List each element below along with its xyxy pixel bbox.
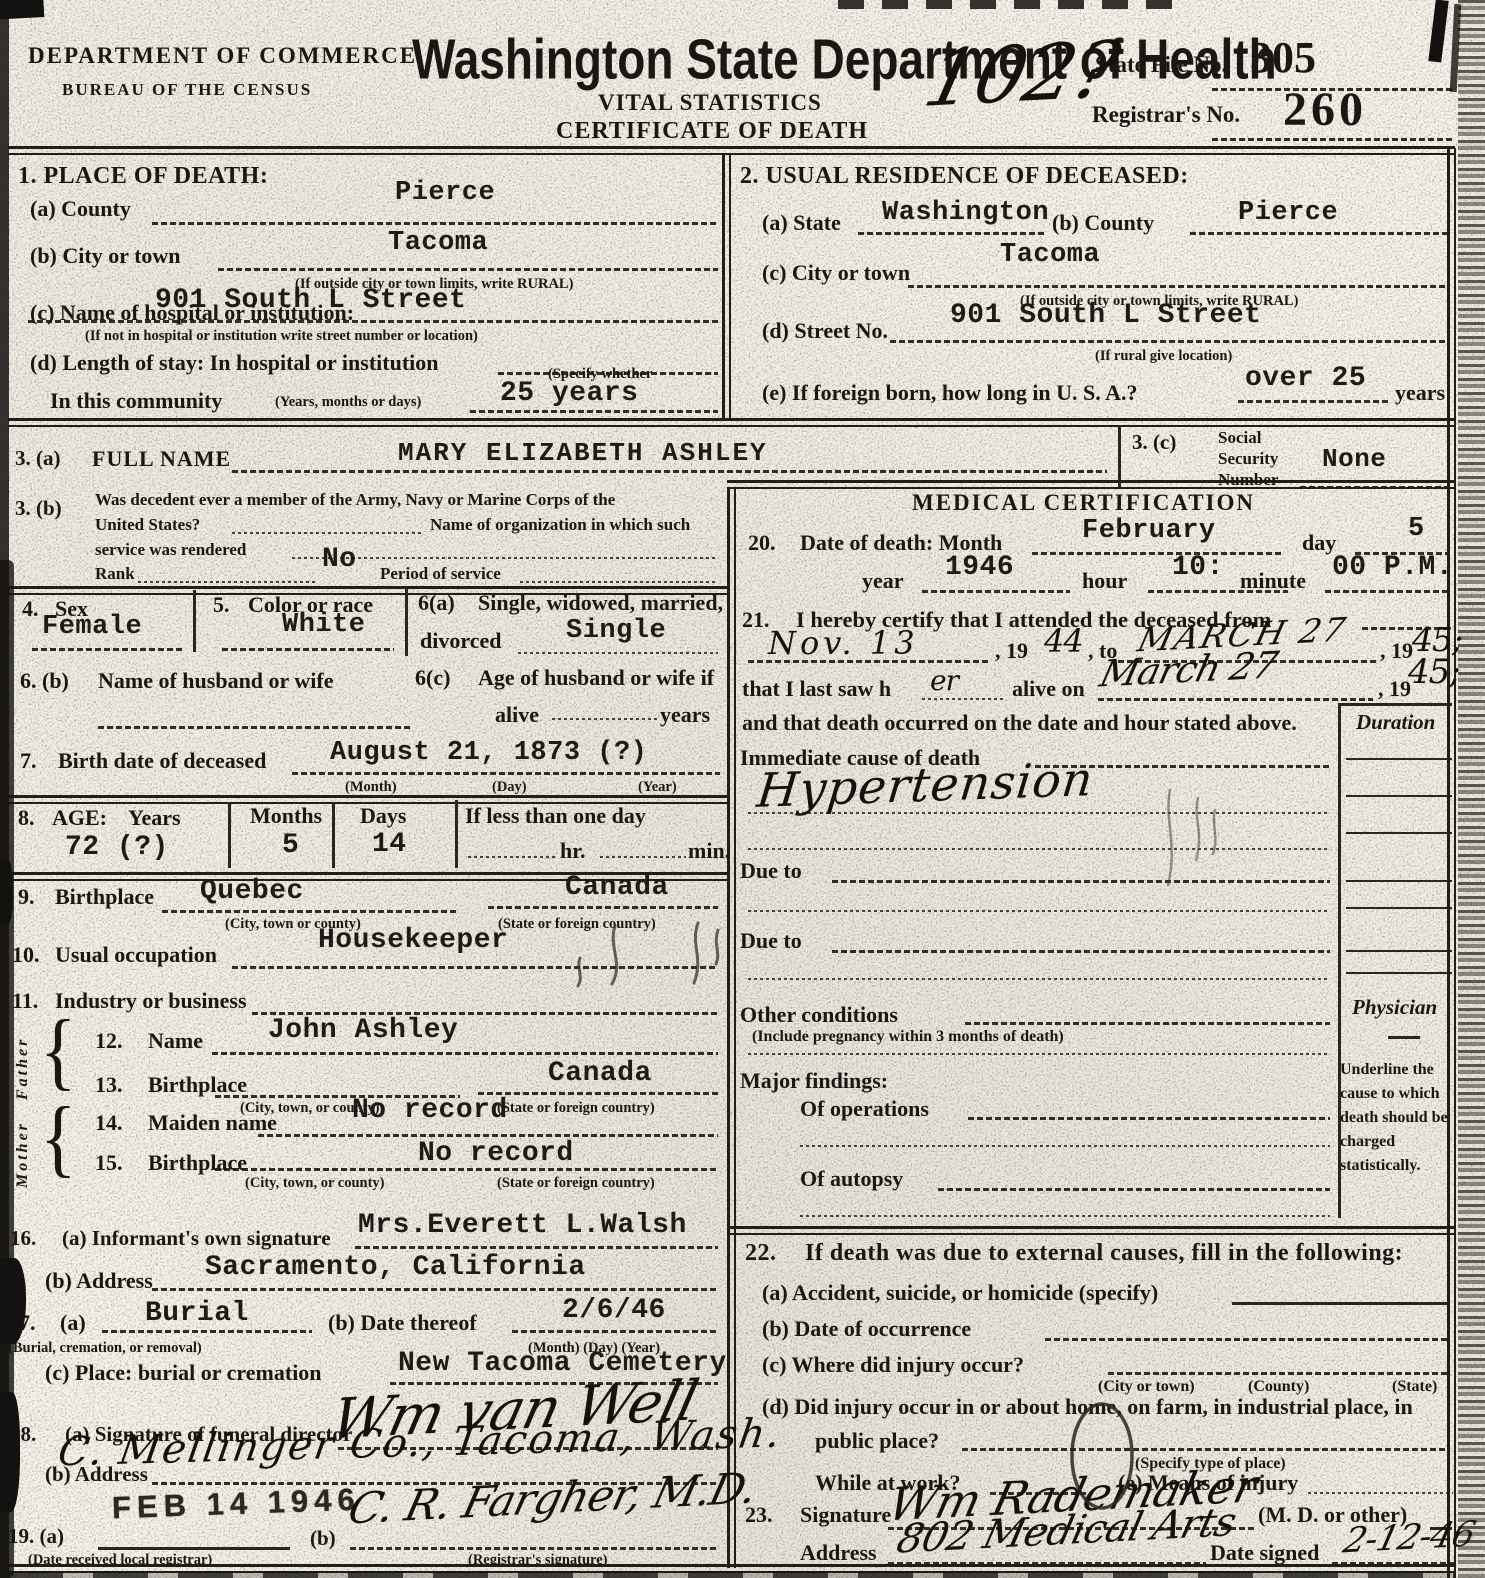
ssn-label-3: Number <box>1218 470 1278 490</box>
age-months-value: 5 <box>282 830 299 861</box>
dotted-line <box>965 1022 1330 1025</box>
dotted-line <box>858 232 1046 235</box>
registrar-signature: C. R. Fargher, M.D. <box>343 1464 761 1535</box>
foreign-born-value: over 25 <box>1245 363 1366 394</box>
res-street-value: 901 South L Street <box>950 300 1261 331</box>
dod-hour-label: hour <box>1082 568 1127 594</box>
physician-addr-label: Address <box>800 1540 877 1566</box>
county-label: (a) County <box>30 196 131 222</box>
community-value: 25 years <box>500 378 638 409</box>
solid-line <box>1232 1302 1450 1305</box>
dotted-line <box>232 532 422 534</box>
res-city-label: (c) City or town <box>762 260 910 286</box>
ssn-label-1: Social <box>1218 428 1261 448</box>
medical-title: MEDICAL CERTIFICATION <box>912 490 1255 516</box>
external-d-label2: public place? <box>815 1428 939 1454</box>
external-number: 22. <box>745 1240 777 1267</box>
dotted-line <box>138 581 316 583</box>
race-value: White <box>282 610 366 640</box>
due-to-2-label: Due to <box>740 928 802 954</box>
community-label: In this community <box>50 388 222 414</box>
disposal-date-label: (b) Date thereof <box>328 1310 477 1336</box>
spouse-label: Name of husband or wife <box>98 668 334 694</box>
birthdate-label: Birth date of deceased <box>58 748 266 774</box>
scan-blob <box>0 860 13 924</box>
scan-bottom-band <box>8 1571 1455 1578</box>
handwritten-file-number: 102? <box>916 25 1126 125</box>
race-number: 5. <box>213 592 230 618</box>
father-name-number: 12. <box>95 1028 123 1054</box>
age-years-value: 72 (?) <box>65 832 169 863</box>
mother-name-value: No record <box>352 1095 508 1126</box>
informant-sig-label: (a) Informant's own signature <box>62 1226 331 1251</box>
grain-overlay <box>0 0 1485 1578</box>
subtitle-certificate-of-death: CERTIFICATE OF DEATH <box>556 118 868 145</box>
res-street-label: (d) Street No. <box>762 318 888 344</box>
saw-value: March 27 <box>1096 644 1281 696</box>
dotted-line <box>748 910 1330 912</box>
horizontal-rule <box>727 480 1455 489</box>
state-file-value: 305 <box>1250 32 1316 83</box>
dod-number: 20. <box>748 530 776 556</box>
mother-bp-value: No record <box>418 1138 574 1169</box>
dotted-line <box>470 410 718 413</box>
printed-19c: , 19 <box>1378 676 1411 702</box>
dotted-line <box>1032 552 1284 555</box>
underline-note: Underline the cause to which death shoul… <box>1340 1058 1452 1178</box>
scan-corner-scratch <box>1428 0 1448 63</box>
saw-year: 45; <box>1408 652 1460 692</box>
printed-19a: , 19 <box>995 638 1028 664</box>
dod-minute-value: 00 P.M. <box>1332 552 1453 583</box>
attended-number: 21. <box>742 607 770 633</box>
pencil-scribble <box>1140 780 1230 900</box>
external-a-label: (a) Accident, suicide, or homicide (spec… <box>762 1280 1158 1306</box>
ssn-label-2: Security <box>1218 449 1278 469</box>
scan-right-border <box>1447 148 1456 1578</box>
subtitle-vital-statistics: VITAL STATISTICS <box>598 90 822 116</box>
dotted-line <box>1045 1338 1450 1341</box>
attended-from-value: Nov. 13 <box>768 624 919 662</box>
physician-label: Physician <box>1352 995 1437 1020</box>
other-conditions-label: Other conditions <box>740 1002 898 1028</box>
dotted-line <box>748 978 1330 980</box>
informant-addr-label: (b) Address <box>45 1268 153 1294</box>
horizontal-rule <box>8 146 1455 155</box>
foreign-born-label: (e) If foreign born, how long in U. S. A… <box>762 380 1137 406</box>
dotted-line <box>748 848 1330 850</box>
city-value: Tacoma <box>388 228 488 258</box>
dotted-line <box>1308 1492 1453 1494</box>
foreign-born-suffix: years <box>1395 380 1445 406</box>
dotted-line <box>152 1288 718 1291</box>
industry-label: Industry or business <box>55 988 247 1014</box>
agency-line1: DEPARTMENT OF COMMERCE <box>28 43 417 69</box>
dotted-line <box>98 726 410 729</box>
dotted-line <box>890 340 1448 343</box>
birthplace-country-value: Canada <box>565 872 669 903</box>
age-number: 8. <box>18 805 35 831</box>
marital-number: 6(a) <box>418 590 455 616</box>
occupation-number: 10. <box>12 942 40 968</box>
section1-title: 1. PLACE OF DEATH: <box>18 163 268 190</box>
dotted-line <box>222 648 394 651</box>
mother-bp-label: Birthplace <box>148 1150 247 1176</box>
industry-number: 11. <box>12 988 38 1014</box>
age-years-label: Years <box>128 805 181 831</box>
father-bp-label: Birthplace <box>148 1072 247 1098</box>
marital-value: Single <box>566 616 666 646</box>
vertical-divider <box>228 802 231 868</box>
immediate-cause-value: Hypertension <box>754 752 1096 819</box>
military-line3: service was rendered <box>95 540 246 560</box>
external-c-label: (c) Where did injury occur? <box>762 1352 1024 1378</box>
dotted-line <box>1098 698 1373 701</box>
solid-line <box>1346 907 1452 909</box>
father-name-value: John Ashley <box>268 1015 458 1046</box>
scan-blob <box>0 1392 20 1512</box>
dod-year-value: 1946 <box>945 552 1014 583</box>
father-bp-number: 13. <box>95 1072 123 1098</box>
res-county-value: Pierce <box>1238 198 1338 228</box>
spouse-age-suffix: years <box>660 702 710 728</box>
informant-addr-value: Sacramento, California <box>205 1252 586 1283</box>
birthdate-year-note: (Year) <box>638 779 677 796</box>
res-street-note: (If rural give location) <box>1095 348 1232 365</box>
spouse-number: 6. (b) <box>20 668 69 694</box>
solid-line <box>1346 950 1452 952</box>
dotted-line <box>212 1052 718 1055</box>
age-label: AGE: <box>52 805 107 831</box>
dotted-line <box>218 268 718 271</box>
dod-month-value: February <box>1082 516 1216 546</box>
dotted-line <box>800 1145 1330 1147</box>
vertical-divider <box>722 155 731 420</box>
father-brace: { <box>40 1001 76 1101</box>
death-certificate-scan: DEPARTMENT OF COMMERCE BUREAU OF THE CEN… <box>0 0 1485 1578</box>
disposal-a-note: (Burial, cremation, or removal) <box>8 1340 202 1357</box>
ssn-number: 3. (c) <box>1132 430 1176 455</box>
scan-top-dashes <box>838 0 1173 9</box>
military-line2a: United States? <box>95 515 200 535</box>
vertical-divider <box>405 588 408 656</box>
dotted-line <box>922 590 1070 593</box>
solid-line <box>98 1547 290 1550</box>
dotted-line <box>258 1134 718 1137</box>
vertical-divider <box>1118 425 1121 487</box>
dotted-line <box>968 1117 1330 1120</box>
father-side-label: Father <box>14 1018 32 1100</box>
hospital-note: (If not in hospital or institution write… <box>85 328 478 345</box>
birthdate-value: August 21, 1873 (?) <box>330 738 647 768</box>
horizontal-rule <box>727 1226 1455 1235</box>
age-days-value: 14 <box>372 829 407 860</box>
res-state-label: (a) State <box>762 210 841 236</box>
major-findings-label: Major findings: <box>740 1068 888 1094</box>
dod-day-value: 5 <box>1408 514 1425 544</box>
dotted-line <box>478 1092 718 1095</box>
military-line2b: Name of organization in which such <box>430 515 690 535</box>
period-of-service-label: Period of service <box>380 564 501 584</box>
father-bp-note2: (State or foreign country) <box>497 1100 655 1117</box>
age-min-label: min. <box>688 838 730 864</box>
mother-bp-note2: (State or foreign country) <box>497 1175 655 1192</box>
dotted-line <box>908 285 1448 288</box>
registrar-b-label: (b) <box>310 1526 336 1551</box>
horizontal-rule <box>8 418 1455 427</box>
duration-label: Duration <box>1356 710 1435 735</box>
dotted-line <box>488 906 718 909</box>
stay-label: (d) Length of stay: In hospital or insti… <box>30 350 439 376</box>
physician-sig-label: Signature <box>800 1502 891 1528</box>
dotted-line <box>600 856 686 858</box>
sex-value: Female <box>42 612 142 642</box>
military-number: 3. (b) <box>15 496 62 521</box>
registrar-no-value: 260 <box>1283 82 1367 137</box>
mother-name-number: 14. <box>95 1110 123 1136</box>
dotted-line <box>1325 590 1450 593</box>
saw-hand: er <box>930 664 958 697</box>
birthdate-month-note: (Month) <box>345 779 397 796</box>
dotted-line <box>152 222 718 225</box>
father-name-label: Name <box>148 1028 203 1054</box>
city-label: (b) City or town <box>30 243 181 269</box>
sex-number: 4. <box>22 596 39 622</box>
birthdate-day-note: (Day) <box>492 779 527 796</box>
dotted-line <box>102 1330 312 1333</box>
registrar-number: 19. (a) <box>8 1524 64 1549</box>
funeral-home-stamp: C. Mellinger Co., Tacoma, Wash. <box>55 1411 785 1476</box>
mother-side-label: Mother <box>14 1102 32 1188</box>
date-received-stamp: FEB 14 1946 <box>111 1482 361 1527</box>
dod-hour-value: 10: <box>1172 552 1224 583</box>
dotted-line <box>962 1448 1450 1451</box>
dotted-line <box>832 950 1330 953</box>
vertical-divider <box>193 590 196 652</box>
fullname-number: 3. (a) <box>15 446 61 471</box>
agency-line2: BUREAU OF THE CENSUS <box>62 80 312 100</box>
registrar-date-note: (Date received local registrar) <box>28 1552 212 1569</box>
scan-edge-right-noise <box>1458 0 1485 1578</box>
ink-circle <box>1062 1398 1142 1518</box>
saw-post: alive on <box>1012 676 1085 702</box>
mother-brace: { <box>40 1088 76 1188</box>
mother-bp-note1: (City, town, or county) <box>245 1175 385 1192</box>
vertical-divider <box>727 487 736 1568</box>
father-bp-value: Canada <box>548 1058 652 1089</box>
dotted-line <box>520 581 718 583</box>
disposal-date-value: 2/6/46 <box>562 1295 666 1326</box>
marital-label2: divorced <box>420 628 501 654</box>
dotted-line <box>938 1188 1330 1191</box>
military-value: No <box>322 544 357 575</box>
disposal-a-value: Burial <box>145 1298 249 1329</box>
county-value: Pierce <box>395 178 495 208</box>
community-note: (Years, months or days) <box>275 394 421 411</box>
attended-from-year: 44 <box>1044 622 1083 660</box>
informant-sig-value: Mrs.Everett L.Walsh <box>358 1210 687 1241</box>
dotted-line <box>1108 1372 1450 1375</box>
dotted-line <box>748 1053 1330 1055</box>
dod-minute-label: minute <box>1240 568 1306 594</box>
saw-pre: that I last saw h <box>742 676 891 702</box>
birthplace-number: 9. <box>18 884 35 910</box>
rank-label: Rank <box>95 564 135 584</box>
other-conditions-note: (Include pregnancy within 3 months of de… <box>752 1028 1064 1046</box>
dotted-line <box>1238 400 1388 403</box>
dotted-line <box>32 648 182 651</box>
res-city-value: Tacoma <box>1000 240 1100 270</box>
vertical-divider <box>332 802 335 868</box>
dotted-line <box>468 856 556 858</box>
ink-scribble <box>520 918 730 998</box>
mother-bp-number: 15. <box>95 1150 123 1176</box>
dotted-line <box>355 1246 718 1249</box>
disposal-place-label: (c) Place: burial or cremation <box>45 1360 322 1386</box>
of-autopsy-label: Of autopsy <box>800 1166 903 1192</box>
dod-year-label: year <box>862 568 904 594</box>
registrar-no-label: Registrar's No. <box>1092 102 1240 128</box>
vertical-divider <box>455 800 458 868</box>
hospital-value: 901 South L Street <box>155 285 466 316</box>
age-hr-label: hr. <box>560 838 585 864</box>
attended-concl: and that death occurred on the date and … <box>742 710 1297 736</box>
age-less-label: If less than one day <box>465 803 646 829</box>
dotted-line <box>552 718 657 720</box>
spouse-age-number: 6(c) <box>415 665 450 691</box>
birthplace-city-value: Quebec <box>200 876 304 907</box>
ssn-value: None <box>1322 444 1386 474</box>
solid-line <box>1346 795 1452 797</box>
occupation-label: Usual occupation <box>55 942 217 968</box>
mother-name-label: Maiden name <box>148 1110 277 1136</box>
due-to-1-label: Due to <box>740 858 802 884</box>
dotted-line <box>292 772 720 775</box>
dotted-line <box>232 470 1107 473</box>
solid-line <box>1346 972 1452 974</box>
solid-line <box>1346 880 1452 882</box>
scan-corner-blob <box>0 0 44 20</box>
dotted-line <box>162 910 458 913</box>
res-state-value: Washington <box>882 198 1049 228</box>
spouse-age-label1: Age of husband or wife if <box>478 665 714 691</box>
birthdate-number: 7. <box>20 748 37 774</box>
registrar-sig-note: (Registrar's signature) <box>468 1552 607 1569</box>
dotted-line <box>1212 138 1455 141</box>
age-months-label: Months <box>250 803 322 829</box>
dotted-line <box>832 880 1330 883</box>
fullname-label: FULL NAME <box>92 446 231 472</box>
dotted-line <box>512 1330 718 1333</box>
dotted-line <box>800 1215 1330 1217</box>
occupation-value: Housekeeper <box>318 925 508 956</box>
external-b-label: (b) Date of occurrence <box>762 1316 971 1342</box>
section2-title: 2. USUAL RESIDENCE OF DECEASED: <box>740 163 1189 190</box>
scan-blob <box>0 1258 26 1344</box>
marital-label1: Single, widowed, married, <box>478 590 723 616</box>
dash <box>1388 1036 1420 1039</box>
external-title: If death was due to external causes, fil… <box>805 1240 1403 1267</box>
solid-line <box>1346 832 1452 834</box>
age-days-label: Days <box>360 803 406 829</box>
spouse-age-label2: alive <box>495 702 539 728</box>
dotted-line <box>518 652 718 654</box>
res-county-label: (b) County <box>1052 210 1154 236</box>
dotted-line <box>922 698 1004 700</box>
fullname-value: MARY ELIZABETH ASHLEY <box>398 438 768 468</box>
military-line1: Was decedent ever a member of the Army, … <box>95 490 615 510</box>
dotted-line <box>350 1547 718 1550</box>
solid-line <box>1338 703 1452 706</box>
birthplace-label: Birthplace <box>55 884 154 910</box>
disposal-a-label: (a) <box>60 1310 86 1336</box>
solid-line <box>1346 758 1452 760</box>
of-operations-label: Of operations <box>800 1096 929 1122</box>
dotted-line <box>1190 232 1450 235</box>
